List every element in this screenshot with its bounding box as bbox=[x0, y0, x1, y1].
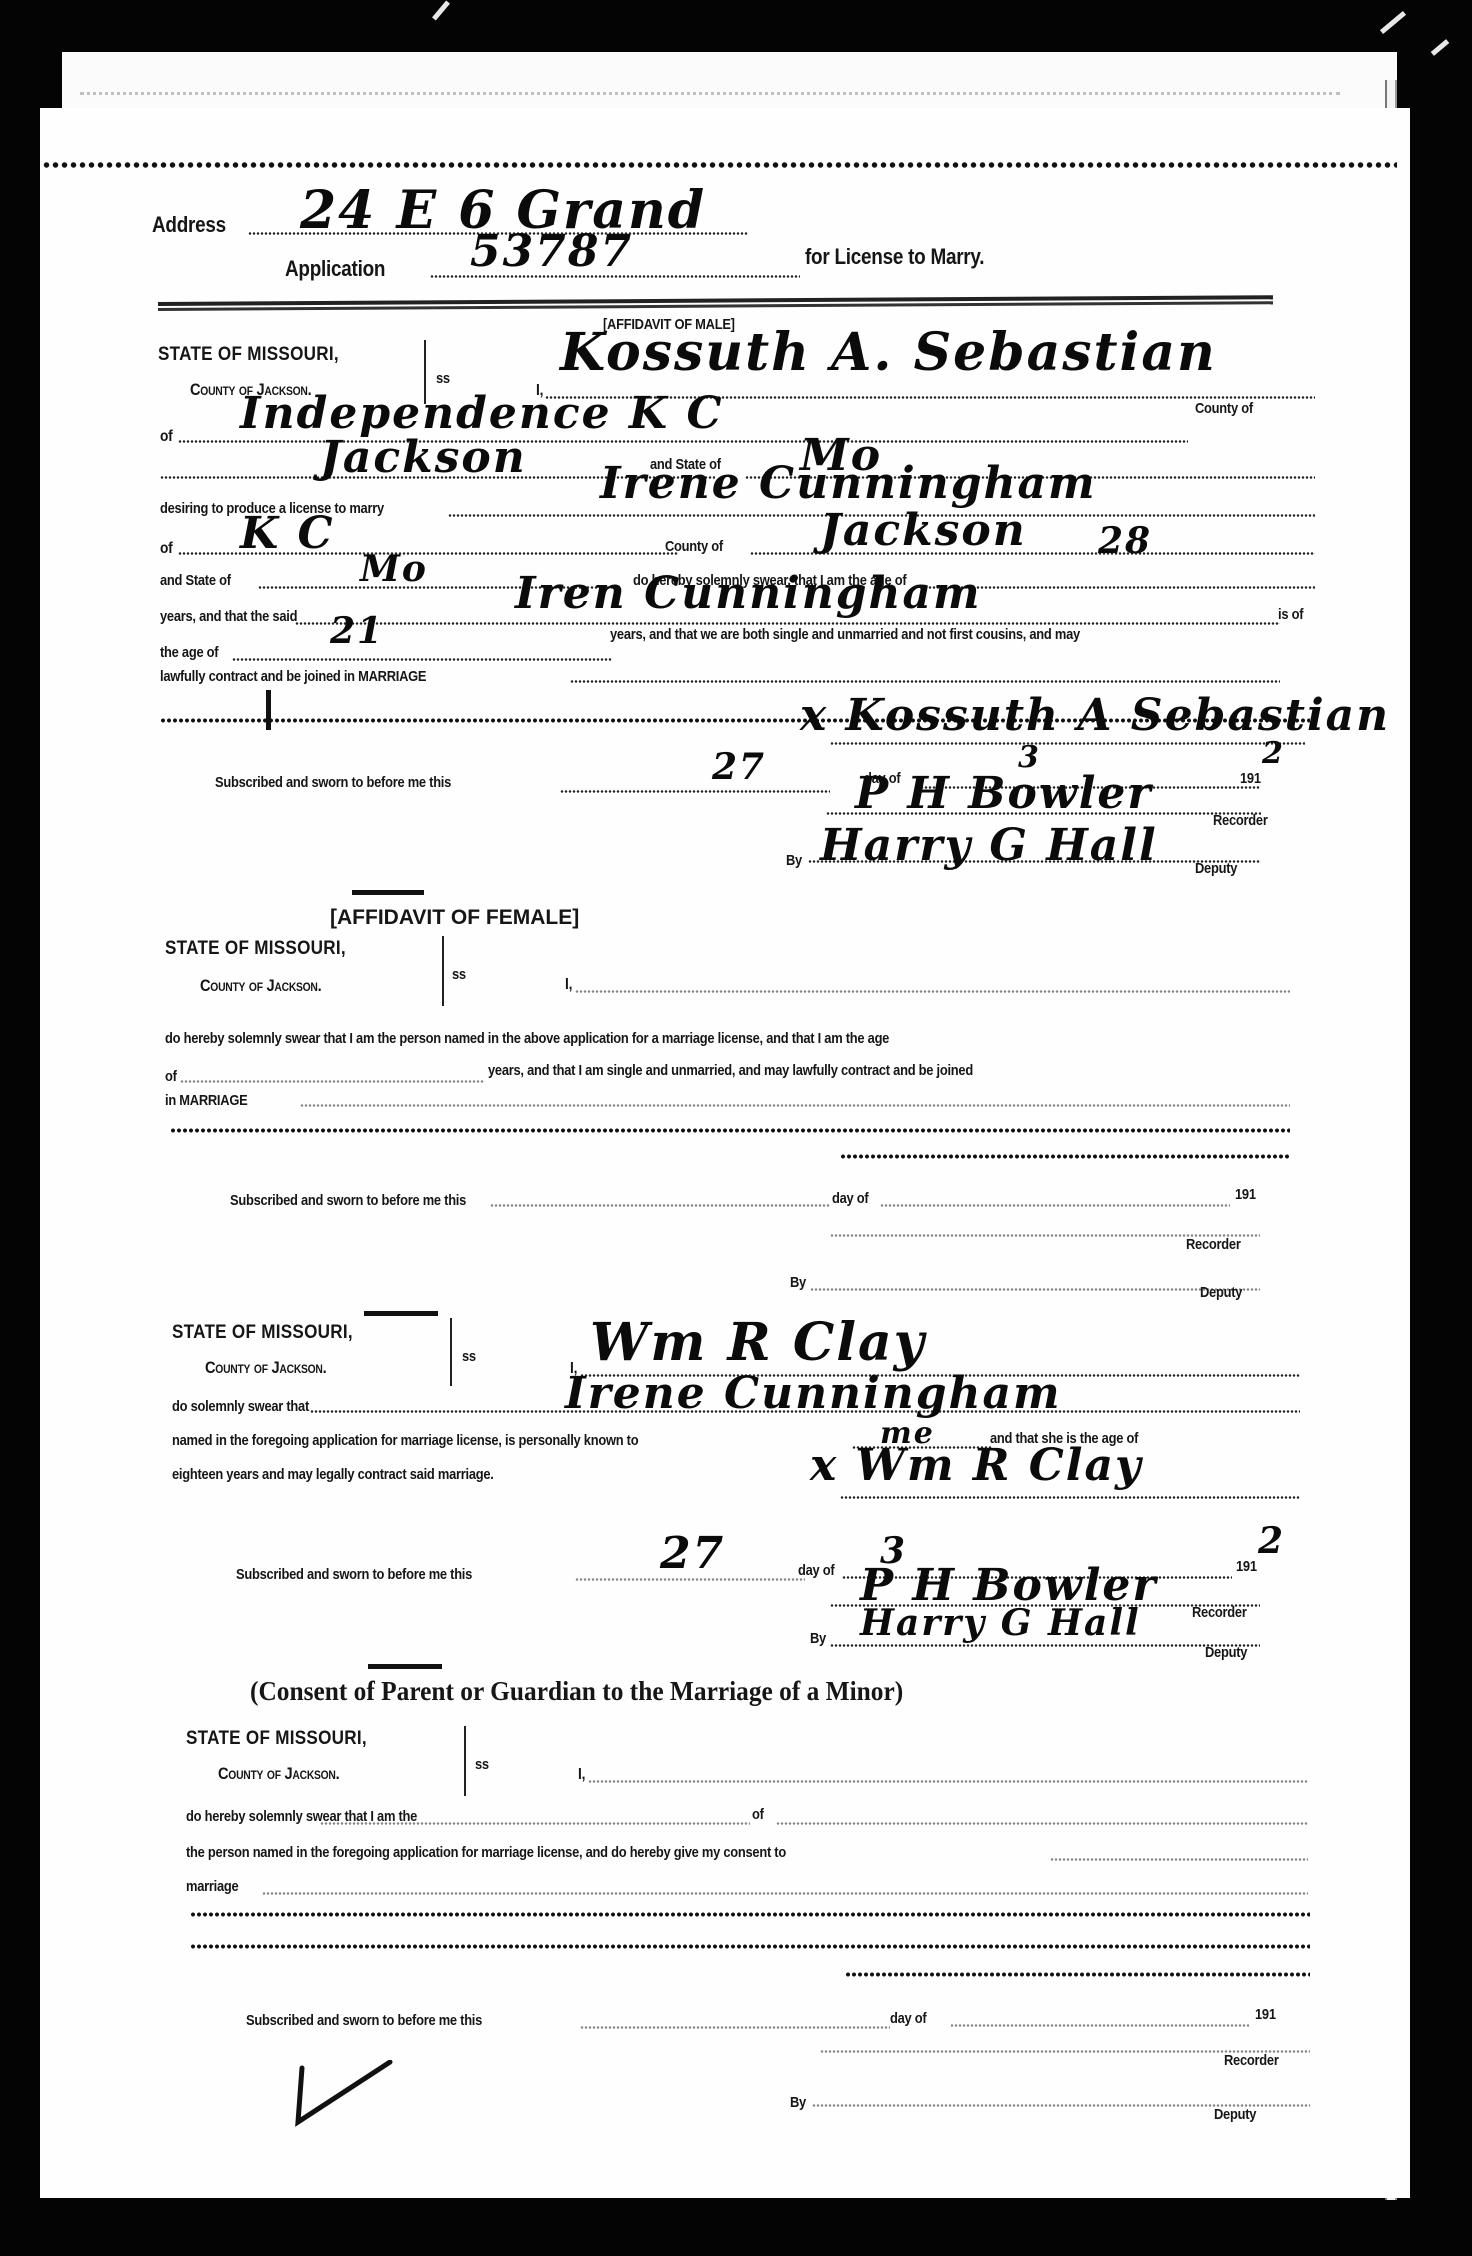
for-license-label: for License to Marry. bbox=[805, 244, 984, 270]
deputy-signature: Harry G Hall bbox=[820, 820, 1158, 871]
female-line-3: in MARRIAGE bbox=[165, 1092, 247, 1109]
swear-label: do solemnly swear that bbox=[172, 1398, 309, 1415]
relation-field-line[interactable] bbox=[320, 1822, 750, 1825]
ink-mark bbox=[266, 690, 271, 730]
bride-of-label: of bbox=[160, 540, 172, 558]
section-divider bbox=[368, 1664, 442, 1669]
years-said-label: years, and that the said bbox=[160, 608, 297, 625]
deputy-label: Deputy bbox=[1200, 1284, 1242, 1301]
signature-line bbox=[840, 1496, 1300, 1499]
day-field-line bbox=[560, 790, 830, 793]
address-label: Address bbox=[152, 212, 226, 238]
consent-heading: (Consent of Parent or Guardian to the Ma… bbox=[250, 1676, 903, 1707]
underlying-sheet bbox=[62, 52, 1397, 112]
recorder-label: Recorder bbox=[1192, 1604, 1247, 1621]
name-field-line[interactable] bbox=[588, 1780, 1308, 1783]
female-line-2: years, and that I am single and unmarrie… bbox=[488, 1062, 973, 1079]
signature-line-2[interactable] bbox=[840, 1154, 1290, 1159]
lawfully-field-line bbox=[570, 680, 1280, 683]
state-label: STATE OF MISSOURI, bbox=[186, 1728, 367, 1750]
brace bbox=[442, 1318, 452, 1386]
year-suffix: 2 bbox=[1258, 1520, 1285, 1562]
blank-line-1[interactable] bbox=[190, 1912, 1310, 1917]
said-name-field-line bbox=[295, 622, 1280, 625]
day-of-label: day of bbox=[890, 2010, 926, 2027]
blank-line-2[interactable] bbox=[190, 1944, 1310, 1949]
county-of-label: County of bbox=[1195, 400, 1253, 417]
by-label: By bbox=[786, 852, 802, 869]
ss-label: ss bbox=[452, 966, 466, 983]
i-label: I, bbox=[565, 976, 572, 994]
year-prefix: 191 bbox=[1236, 1558, 1257, 1575]
bride-and-state-label: and State of bbox=[160, 572, 231, 589]
subscribed-text: Subscribed and sworn to before me this bbox=[246, 2012, 482, 2029]
deputy-label: Deputy bbox=[1214, 2106, 1256, 2123]
subscribed-text: Subscribed and sworn to before me this bbox=[230, 1192, 466, 1209]
recorder-label: Recorder bbox=[1224, 2052, 1279, 2069]
subject-name: Irene Cunningham bbox=[565, 1368, 1062, 1419]
affidavit-female-heading: [AFFIDAVIT OF FEMALE] bbox=[330, 906, 579, 930]
bride-state: Mo bbox=[360, 548, 428, 590]
consent-to-field-line[interactable] bbox=[1050, 1858, 1308, 1861]
section-divider bbox=[352, 890, 424, 895]
female-of-label: of bbox=[165, 1068, 177, 1085]
consent-line-3: marriage bbox=[186, 1878, 238, 1895]
the-age-of-label: the age of bbox=[160, 644, 218, 661]
county-label: County of Jackson. bbox=[218, 1764, 339, 1784]
ss-label: ss bbox=[475, 1756, 489, 1773]
day-field-line[interactable] bbox=[490, 1204, 830, 1207]
application-label: Application bbox=[285, 256, 385, 282]
deputy-line[interactable] bbox=[810, 1288, 1260, 1291]
of-label: of bbox=[160, 428, 172, 446]
check-mark-icon bbox=[290, 2060, 400, 2130]
day-of-label: day of bbox=[832, 1190, 868, 1207]
witness-signature: x Wm R Clay bbox=[810, 1440, 1143, 1491]
years-single-text: years, and that we are both single and u… bbox=[610, 626, 1080, 643]
signature-underline bbox=[830, 742, 1305, 745]
deputy-label: Deputy bbox=[1195, 860, 1237, 877]
day-of-label: day of bbox=[798, 1562, 834, 1579]
by-label: By bbox=[790, 2094, 806, 2111]
deputy-label: Deputy bbox=[1205, 1644, 1247, 1661]
section-divider bbox=[364, 1311, 438, 1316]
bride-county-of-label: County of bbox=[665, 538, 723, 555]
consent-of-label: of bbox=[752, 1806, 764, 1823]
state-label: STATE OF MISSOURI, bbox=[158, 344, 339, 366]
perforation-line bbox=[42, 160, 1397, 170]
subscribed-text: Subscribed and sworn to before me this bbox=[236, 1566, 472, 1583]
minor-name-field-line[interactable] bbox=[776, 1822, 1308, 1825]
year-prefix: 191 bbox=[1240, 770, 1261, 787]
state-label: STATE OF MISSOURI, bbox=[165, 938, 346, 960]
signature-line[interactable] bbox=[170, 1128, 1290, 1133]
groom-signature: x Kossuth A Sebastian bbox=[800, 690, 1390, 741]
subscribed-text: Subscribed and sworn to before me this bbox=[215, 774, 451, 791]
groom-age: 28 bbox=[1098, 520, 1152, 562]
month-field-line[interactable] bbox=[880, 1204, 1230, 1207]
lawfully-text: lawfully contract and be joined in MARRI… bbox=[160, 668, 426, 685]
i-label: I, bbox=[578, 1766, 585, 1784]
ss-label: ss bbox=[462, 1348, 476, 1365]
consent-line-2: the person named in the foregoing applic… bbox=[186, 1844, 786, 1861]
brace bbox=[456, 1726, 466, 1796]
year-suffix: 2 bbox=[1262, 736, 1285, 771]
county-label: County of Jackson. bbox=[205, 1358, 326, 1378]
day-value: 27 bbox=[712, 746, 766, 788]
bride-age: 21 bbox=[330, 610, 384, 652]
signature-line[interactable] bbox=[845, 1972, 1310, 1977]
age-field-line[interactable] bbox=[180, 1080, 485, 1083]
brace bbox=[434, 936, 444, 1006]
witness-name: Wm R Clay bbox=[590, 1312, 926, 1373]
is-of-label: is of bbox=[1278, 606, 1303, 623]
ss-label: ss bbox=[436, 370, 450, 387]
groom-name: Kossuth A. Sebastian bbox=[560, 322, 1217, 383]
marriage-field-line[interactable] bbox=[300, 1104, 1290, 1107]
by-label: By bbox=[790, 1274, 806, 1291]
deputy-line bbox=[830, 1644, 1260, 1647]
female-line-1: do hereby solemnly swear that I am the p… bbox=[165, 1030, 889, 1047]
named-text: named in the foregoing application for m… bbox=[172, 1432, 638, 1449]
name-field-line[interactable] bbox=[575, 990, 1290, 993]
bride-name: Irene Cunningham bbox=[600, 458, 1097, 509]
recorder-label: Recorder bbox=[1213, 812, 1268, 829]
groom-county: Jackson bbox=[320, 432, 527, 483]
bride-age-field-line bbox=[232, 658, 612, 661]
day-value: 27 bbox=[660, 1528, 725, 1579]
year-prefix: 191 bbox=[1235, 1186, 1256, 1203]
bride-county: Jackson bbox=[820, 505, 1027, 556]
by-label: By bbox=[810, 1630, 826, 1647]
bride-residence: K C bbox=[240, 508, 335, 559]
year-prefix: 191 bbox=[1255, 2006, 1276, 2023]
month-field-line[interactable] bbox=[950, 2024, 1250, 2027]
day-field-line[interactable] bbox=[580, 2026, 890, 2029]
county-label: County of Jackson. bbox=[200, 976, 321, 996]
said-name: Iren Cunningham bbox=[515, 568, 982, 619]
application-number: 53787 bbox=[470, 226, 633, 277]
marriage-field-line[interactable] bbox=[262, 1892, 1308, 1895]
recorder-signature: P H Bowler bbox=[855, 768, 1153, 819]
state-label: STATE OF MISSOURI, bbox=[172, 1322, 353, 1344]
deputy-signature: Harry G Hall bbox=[860, 1602, 1141, 1644]
eighteen-text: eighteen years and may legally contract … bbox=[172, 1466, 494, 1483]
recorder-label: Recorder bbox=[1186, 1236, 1241, 1253]
